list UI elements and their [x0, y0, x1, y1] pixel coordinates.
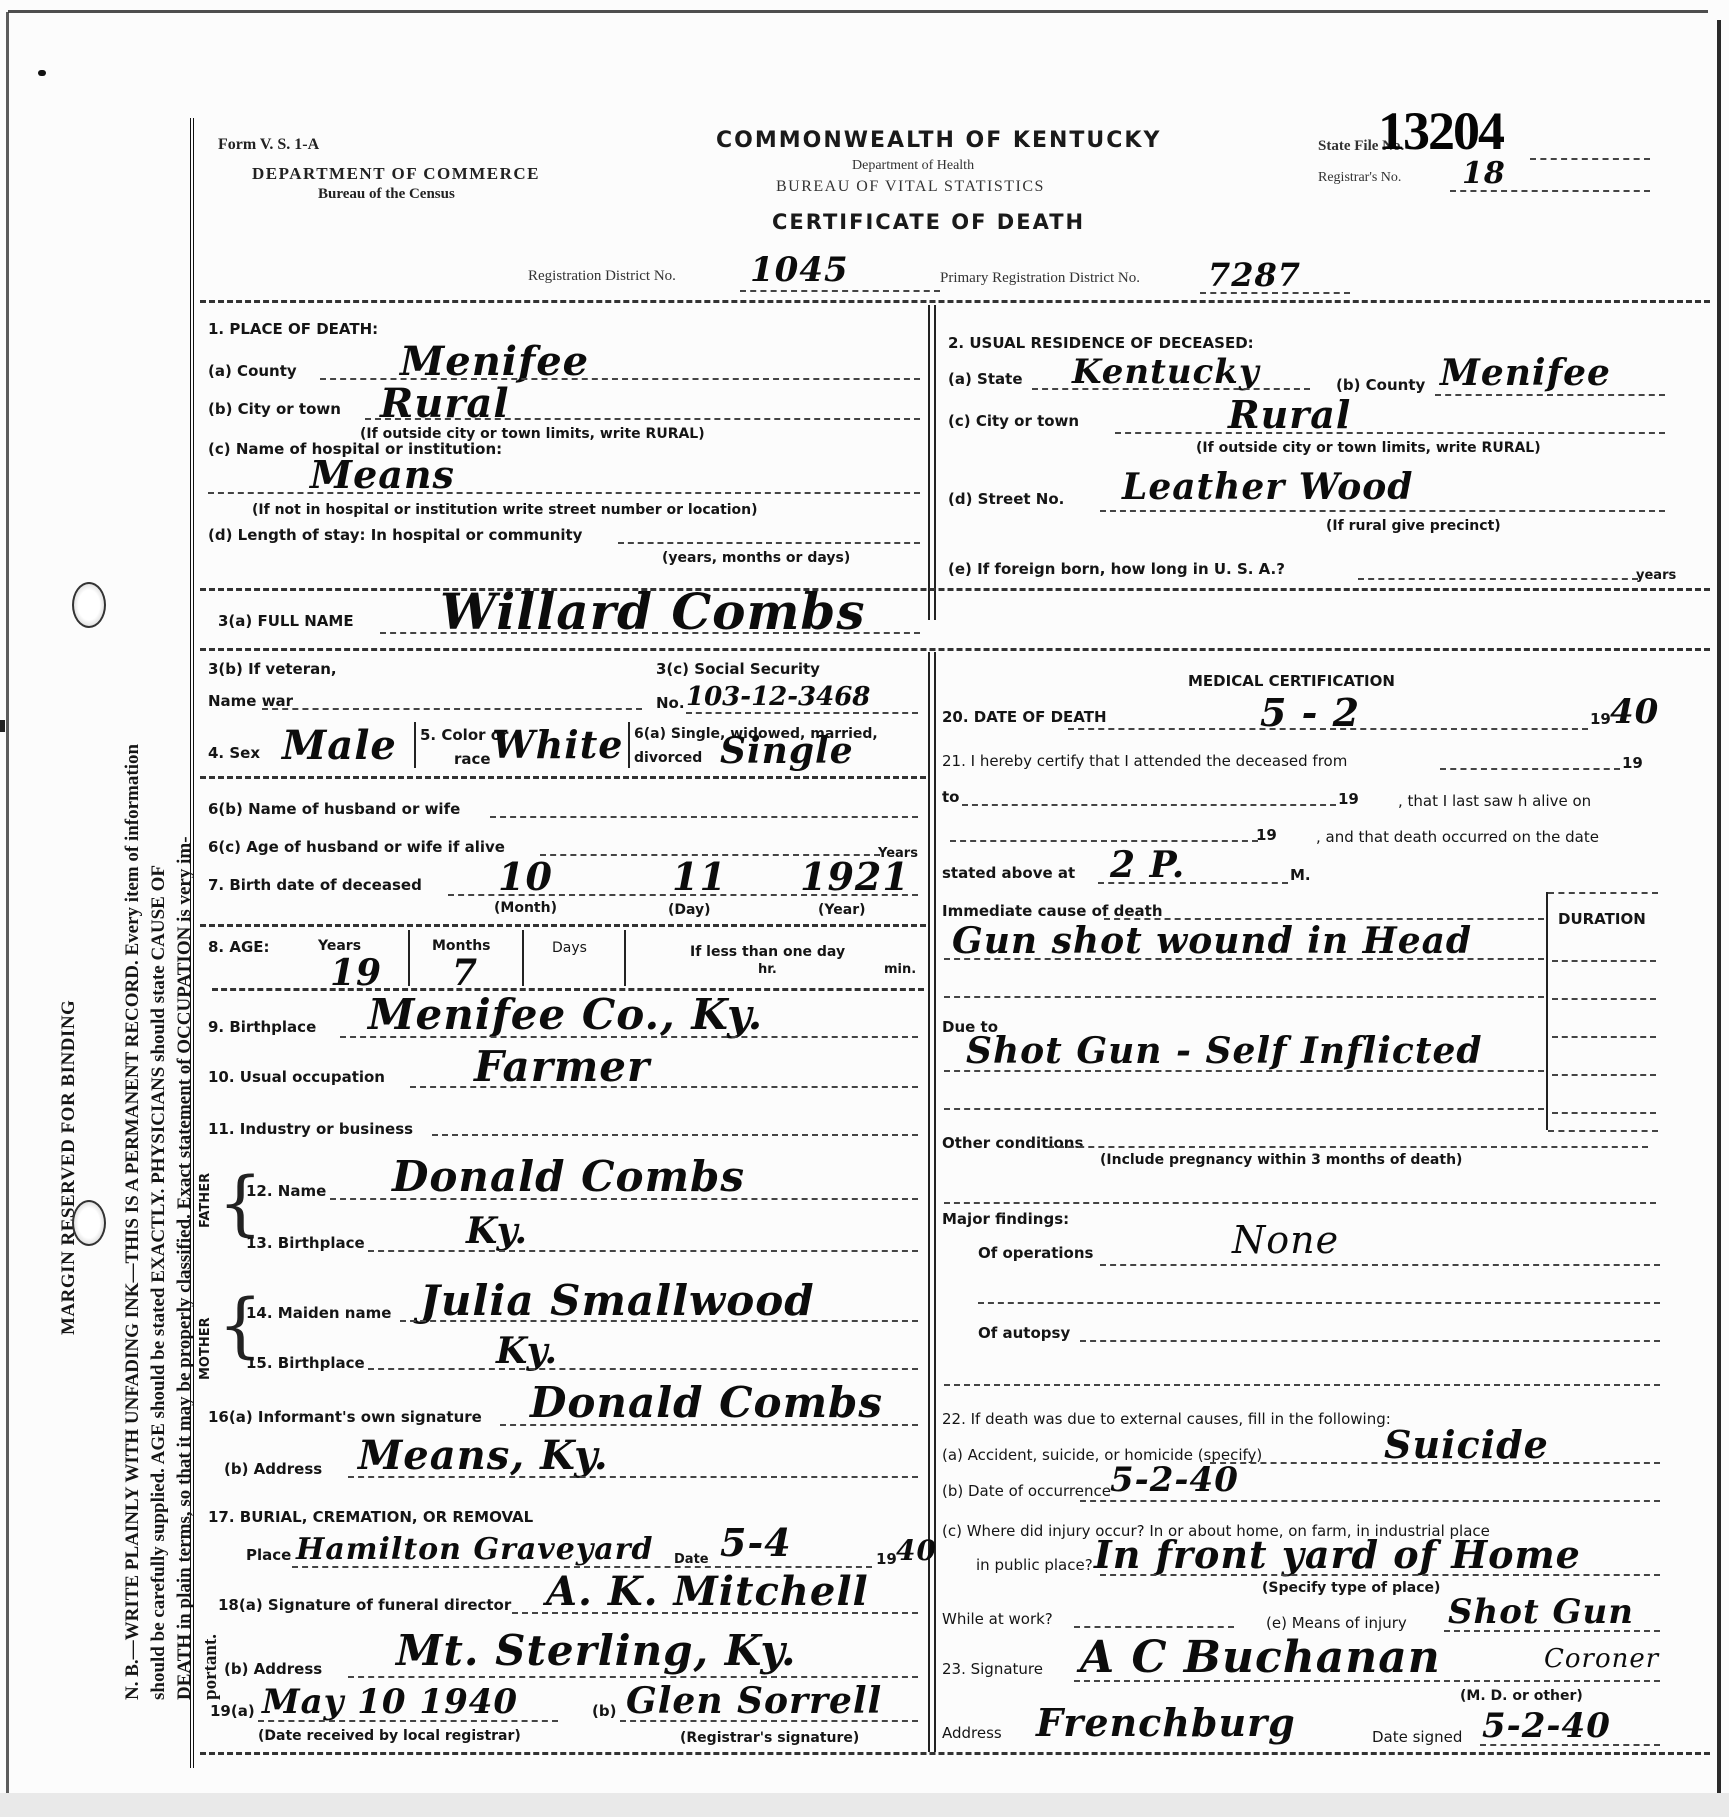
duration-line-1: [1552, 960, 1656, 962]
sex-row-divider: [200, 776, 926, 779]
res-state-line: [1032, 388, 1310, 390]
pod-city-label: (b) City or town: [208, 400, 341, 418]
while-at-work-label: While at work?: [942, 1610, 1053, 1628]
registrar-no-label: Registrar's No.: [1318, 170, 1401, 186]
main-column-divider-2: [934, 652, 936, 1752]
father-birthplace-value[interactable]: Ky.: [466, 1210, 528, 1252]
duration-box-top: [1548, 892, 1658, 894]
birth-date-line: [448, 894, 918, 896]
veteran-label: 3(b) If veteran,: [208, 660, 337, 678]
mother-birthplace-value[interactable]: Ky.: [496, 1330, 558, 1372]
pod-stay-line: [618, 542, 920, 544]
industry-line: [432, 1134, 918, 1136]
informant-signature-value[interactable]: Donald Combs: [530, 1378, 883, 1427]
operations-line: [1100, 1264, 1660, 1266]
injury-where-line: [1100, 1574, 1660, 1576]
margin-tick: [0, 720, 5, 732]
duration-box-bottom: [1548, 1130, 1658, 1132]
attended-to-line: [962, 804, 1336, 806]
registrar-signature-value[interactable]: Glen Sorrell: [626, 1680, 882, 1722]
primary-district-underline: [1200, 292, 1350, 294]
death-occurred-text: , and that death occurred on the date: [1316, 828, 1599, 846]
full-name-line: [380, 632, 920, 634]
birth-row-divider: [200, 924, 926, 927]
father-birthplace-label: 13. Birthplace: [246, 1234, 365, 1252]
autopsy-line-2: [944, 1384, 1660, 1386]
primary-district-value: 7287: [1208, 256, 1301, 294]
medical-certification-heading: MEDICAL CERTIFICATION: [1188, 672, 1395, 690]
binding-margin: MARGIN RESERVED FOR BINDING N. B.—WRITE …: [30, 150, 180, 1760]
burial-year-prefix: 19: [876, 1550, 897, 1568]
immediate-cause-line: [944, 958, 1544, 960]
autopsy-label: Of autopsy: [978, 1324, 1070, 1342]
res-city-value[interactable]: Rural: [1228, 392, 1351, 437]
funeral-director-label: 18(a) Signature of funeral director: [218, 1596, 511, 1614]
injury-where-value[interactable]: In front yard of Home: [1094, 1532, 1581, 1577]
age-divider-1: [408, 930, 410, 986]
registrar-signature-note: (Registrar's signature): [680, 1730, 859, 1746]
bureau-of-census: Bureau of the Census: [318, 186, 455, 203]
marital-value[interactable]: Single: [720, 730, 854, 772]
pod-stay-label: (d) Length of stay: In hospital or commu…: [208, 526, 582, 544]
pod-county-label: (a) County: [208, 362, 297, 380]
burial-place-value[interactable]: Hamilton Graveyard: [296, 1532, 653, 1567]
date-of-death-line: [1068, 728, 1588, 730]
state-file-underline: [1530, 158, 1650, 160]
page-edge-right: [1717, 20, 1721, 1800]
major-findings-label: Major findings:: [942, 1210, 1069, 1228]
color-value[interactable]: White: [492, 722, 623, 767]
due-to-line-2: [944, 1108, 1544, 1110]
physician-signature-line: [1074, 1680, 1660, 1682]
less-than-day-label: If less than one day: [690, 944, 845, 960]
date-of-death-label: 20. DATE OF DEATH: [942, 708, 1107, 726]
means-of-injury-label: (e) Means of injury: [1266, 1614, 1407, 1632]
other-conditions-line-2: [944, 1202, 1656, 1204]
age-divider-2: [522, 930, 524, 986]
means-of-injury-line: [1444, 1630, 1660, 1632]
last-saw-text: , that I last saw h alive on: [1398, 792, 1591, 810]
time-m-label: M.: [1290, 866, 1311, 884]
registrar-no-underline: [1450, 190, 1650, 192]
margin-reserved-text: MARGIN RESERVED FOR BINDING: [58, 1000, 80, 1335]
burial-date-value[interactable]: 5-4: [720, 1520, 792, 1565]
ss-no-line: [686, 712, 918, 714]
res-foreign-line: [1358, 578, 1638, 580]
res-county-line: [1435, 394, 1665, 396]
race-label: race: [454, 750, 491, 768]
immediate-cause-value[interactable]: Gun shot wound in Head: [952, 920, 1472, 962]
top-column-divider-2: [934, 305, 936, 620]
birthplace-label: 9. Birthplace: [208, 1018, 316, 1036]
page-edge-top: [8, 10, 1708, 13]
registrar-no-value: 18: [1462, 156, 1506, 191]
social-security-label: 3(c) Social Security: [656, 660, 820, 678]
res-city-label: (c) City or town: [948, 412, 1079, 430]
registrar-signature-line: [620, 1720, 918, 1722]
place-of-death-heading: 1. PLACE OF DEATH:: [208, 320, 378, 338]
birth-day[interactable]: 11: [672, 854, 727, 899]
time-of-death-line: [1098, 882, 1288, 884]
manner-line: [1210, 1462, 1660, 1464]
age-days-label: Days: [552, 940, 587, 956]
mother-name-label: 14. Maiden name: [246, 1304, 391, 1322]
father-name-line: [330, 1198, 918, 1200]
occurrence-date-label: (b) Date of occurrence: [942, 1482, 1111, 1500]
date-signed-label: Date signed: [1372, 1728, 1462, 1746]
pod-hospital-note: (If not in hospital or institution write…: [252, 502, 758, 518]
mother-birthplace-label: 15. Birthplace: [246, 1354, 365, 1372]
occurrence-date-line: [1080, 1500, 1660, 1502]
mother-name-line: [400, 1320, 918, 1322]
year-caption: (Year): [818, 902, 866, 918]
mother-side-label: MOTHER: [198, 1317, 213, 1380]
duration-line-4: [1552, 1074, 1656, 1076]
mother-birthplace-line: [368, 1368, 918, 1370]
stated-above-label: stated above at: [942, 864, 1075, 882]
res-foreign-unit: years: [1636, 568, 1676, 583]
bureau-vital-statistics: BUREAU OF VITAL STATISTICS: [776, 178, 1045, 196]
department-of-commerce: DEPARTMENT OF COMMERCE: [252, 164, 540, 184]
physician-title-value[interactable]: Coroner: [1544, 1644, 1659, 1674]
other-conditions-note: (Include pregnancy within 3 months of de…: [1100, 1152, 1462, 1168]
death-certificate-page: MARGIN RESERVED FOR BINDING N. B.—WRITE …: [0, 0, 1729, 1817]
top-column-divider: [928, 305, 930, 620]
sex-value[interactable]: Male: [282, 722, 397, 769]
due-to-line: [944, 1070, 1544, 1072]
informant-address-label: (b) Address: [224, 1460, 322, 1478]
page-edge-bottom: [0, 1793, 1729, 1817]
registration-district-label: Registration District No.: [528, 268, 676, 285]
physician-signature-note: (M. D. or other): [1460, 1688, 1583, 1704]
war-line: [262, 708, 642, 710]
external-causes-heading: 22. If death was due to external causes,…: [942, 1410, 1391, 1428]
informant-signature-label: 16(a) Informant's own signature: [208, 1408, 482, 1426]
res-city-note: (If outside city or town limits, write R…: [1196, 440, 1541, 456]
attended-from-year-prefix: 19: [1622, 754, 1643, 772]
residence-heading: 2. USUAL RESIDENCE OF DECEASED:: [948, 334, 1254, 352]
spouse-age-label: 6(c) Age of husband or wife if alive: [208, 838, 505, 856]
occupation-label: 10. Usual occupation: [208, 1068, 385, 1086]
divorced-label: divorced: [634, 750, 702, 766]
date-received-value[interactable]: May 10 1940: [262, 1682, 518, 1722]
min-label: min.: [884, 962, 916, 977]
margin-instructions-line2: should be carefully supplied. AGE should…: [148, 865, 170, 1700]
duration-line-3: [1552, 1036, 1656, 1038]
other-conditions-label: Other conditions: [942, 1134, 1083, 1152]
operations-label: Of operations: [978, 1244, 1093, 1262]
birthplace-line: [340, 1036, 918, 1038]
registrar-signature-label: (b): [592, 1702, 616, 1720]
dod-year-prefix: 19: [1590, 710, 1611, 728]
immediate-cause-line-2: [944, 996, 1544, 998]
operations-line-2: [978, 1302, 1660, 1304]
industry-label: 11. Industry or business: [208, 1120, 413, 1138]
pod-hospital-line: [208, 492, 920, 494]
director-address-line: [348, 1676, 918, 1678]
primary-district-label: Primary Registration District No.: [940, 270, 1140, 287]
bottom-border: [200, 1752, 1710, 1755]
punch-hole-bottom: [72, 1200, 106, 1246]
birth-date-label: 7. Birth date of deceased: [208, 876, 422, 894]
funeral-director-value[interactable]: A. K. Mitchell: [546, 1568, 869, 1615]
margin-instructions-line1: N. B.—WRITE PLAINLY WITH UNFADING INK—TH…: [122, 744, 144, 1700]
occurrence-date-value[interactable]: 5-2-40: [1110, 1460, 1239, 1500]
res-street-value[interactable]: Leather Wood: [1122, 466, 1413, 508]
dod-year-value[interactable]: 40: [1610, 692, 1659, 732]
occupation-line: [410, 1086, 918, 1088]
section-divider-1: [200, 588, 1710, 591]
means-of-injury-value[interactable]: Shot Gun: [1448, 1592, 1634, 1632]
burial-heading: 17. BURIAL, CREMATION, OR REMOVAL: [208, 1508, 533, 1526]
page-edge-left: [6, 12, 9, 1802]
physician-address-label: Address: [942, 1724, 1002, 1742]
spouse-name-label: 6(b) Name of husband or wife: [208, 800, 460, 818]
duration-box-divider: [1546, 892, 1548, 1130]
age-divider-3: [624, 930, 626, 986]
duration-line-5: [1552, 1112, 1656, 1114]
res-foreign-label: (e) If foreign born, how long in U. S. A…: [948, 560, 1285, 578]
attended-to-label: to: [942, 788, 959, 806]
other-conditions-line: [1048, 1146, 1648, 1148]
res-state-label: (a) State: [948, 370, 1023, 388]
physician-address-value[interactable]: Frenchburg: [1036, 1700, 1296, 1745]
state-file-number: 13204: [1378, 100, 1503, 162]
month-caption: (Month): [494, 900, 557, 916]
duration-line-2: [1552, 998, 1656, 1000]
last-saw-line: [950, 840, 1258, 842]
birth-month[interactable]: 10: [498, 854, 553, 899]
color-marital-divider: [628, 722, 630, 768]
res-street-label: (d) Street No.: [948, 490, 1064, 508]
full-name-label: 3(a) FULL NAME: [218, 612, 354, 630]
mother-brace: {: [218, 1290, 263, 1360]
manner-value[interactable]: Suicide: [1384, 1422, 1549, 1467]
injury-where-note: (Specify type of place): [1262, 1580, 1440, 1596]
father-birthplace-line: [368, 1250, 918, 1252]
commonwealth-title: COMMONWEALTH OF KENTUCKY: [716, 128, 1161, 153]
res-street-note: (If rural give precinct): [1326, 518, 1501, 534]
due-to-value[interactable]: Shot Gun - Self Inflicted: [966, 1030, 1483, 1072]
res-city-line: [1115, 432, 1665, 434]
father-brace: {: [218, 1168, 263, 1238]
date-signed-value[interactable]: 5-2-40: [1482, 1706, 1611, 1746]
director-address-label: (b) Address: [224, 1660, 322, 1678]
punch-hole-top: [72, 582, 106, 628]
registration-district-underline: [740, 290, 940, 292]
certificate-title: CERTIFICATE OF DEATH: [772, 210, 1085, 234]
father-side-label: FATHER: [198, 1173, 213, 1228]
physician-signature-value[interactable]: A C Buchanan: [1080, 1632, 1441, 1683]
attended-text: 21. I hereby certify that I attended the…: [942, 752, 1347, 770]
ss-no-label: No.: [656, 694, 685, 712]
date-signed-line: [1480, 1744, 1660, 1746]
hr-label: hr.: [758, 962, 777, 977]
date-received-label: 19(a): [210, 1702, 255, 1720]
department-of-health: Department of Health: [852, 158, 974, 174]
header-divider: [200, 300, 1710, 303]
age-label: 8. AGE:: [208, 938, 270, 956]
attended-from-line: [1440, 768, 1620, 770]
occupation-value[interactable]: Farmer: [474, 1042, 650, 1091]
pod-city-line: [365, 418, 920, 420]
birth-year[interactable]: 1921: [800, 854, 910, 899]
informant-address-line: [348, 1476, 918, 1478]
section-divider-2: [200, 648, 1710, 651]
public-place-label: in public place?: [976, 1556, 1093, 1574]
duration-label: DURATION: [1558, 910, 1646, 928]
burial-place-label: Place: [246, 1546, 291, 1564]
spouse-name-line: [490, 816, 918, 818]
sex-label: 4. Sex: [208, 744, 260, 762]
director-address-value[interactable]: Mt. Sterling, Ky.: [396, 1626, 797, 1675]
date-received-note: (Date received by local registrar): [258, 1728, 521, 1744]
time-of-death-value[interactable]: 2 P.: [1110, 844, 1185, 886]
burial-date-label: Date: [674, 1552, 709, 1567]
birthplace-value[interactable]: Menifee Co., Ky.: [368, 990, 763, 1039]
last-saw-year-prefix: 19: [1256, 826, 1277, 844]
res-county-value[interactable]: Menifee: [1440, 352, 1611, 394]
pod-stay-note: (years, months or days): [662, 550, 850, 566]
date-received-line: [258, 1720, 558, 1722]
sex-color-divider: [414, 722, 416, 768]
form-number: Form V. S. 1-A: [218, 136, 319, 154]
main-column-divider: [928, 652, 930, 1752]
ink-spot: [38, 70, 46, 76]
funeral-director-line: [512, 1612, 918, 1614]
mother-name-value[interactable]: Julia Smallwood: [420, 1276, 815, 1325]
res-street-line: [1100, 510, 1665, 512]
informant-signature-line: [500, 1424, 918, 1426]
day-caption: (Day): [668, 902, 711, 918]
father-name-label: 12. Name: [246, 1182, 326, 1200]
father-name-value[interactable]: Donald Combs: [392, 1152, 745, 1201]
attended-to-year-prefix: 19: [1338, 790, 1359, 808]
burial-year-value[interactable]: 40: [896, 1534, 937, 1567]
ss-no-value[interactable]: 103-12-3468: [686, 682, 870, 712]
informant-address-value[interactable]: Means, Ky.: [358, 1432, 609, 1479]
physician-signature-label: 23. Signature: [942, 1660, 1043, 1678]
res-state-value[interactable]: Kentucky: [1072, 352, 1260, 392]
autopsy-line: [1080, 1340, 1660, 1342]
while-at-work-line: [1074, 1626, 1234, 1628]
pod-hospital-value[interactable]: Means: [310, 452, 455, 497]
operations-value[interactable]: None: [1232, 1218, 1339, 1262]
registration-district-value: 1045: [750, 250, 849, 290]
